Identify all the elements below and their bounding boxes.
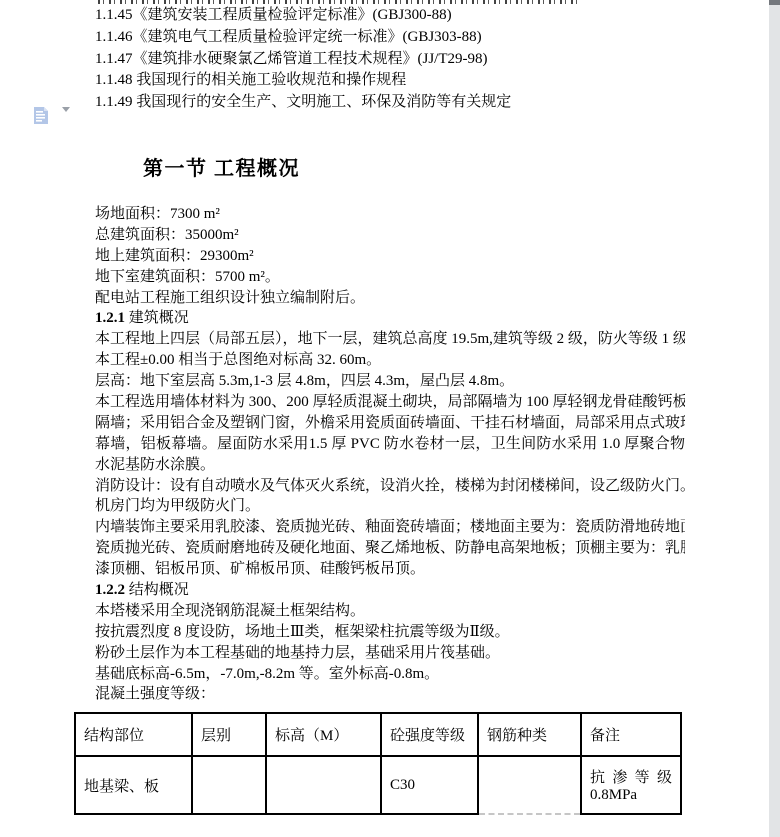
text-line: 地下室建筑面积：5700 m²。 — [95, 267, 685, 288]
subsection-heading: 1.2.2 结构概况 — [95, 580, 685, 601]
text-line: 层高：地下室层高 5.3m,1-3 层 4.8m，四层 4.3m，屋凸层 4.8… — [95, 371, 685, 392]
document-body: 场地面积：7300 m² 总建筑面积：35000m² 地上建筑面积：29300m… — [95, 204, 685, 705]
remark-line: 0.8MPa — [590, 787, 672, 804]
concrete-grade-table: 结构部位 层别 标高（M） 砼强度等级 钢筋种类 备注 地基梁、板 C30 抗 … — [74, 712, 682, 815]
table-header-cell: 层别 — [192, 713, 266, 756]
reference-item: 1.1.49 我国现行的安全生产、文明施工、环保及消防等有关规定 — [95, 92, 511, 114]
table-cell: C30 — [381, 756, 478, 814]
scrollbar-thumb[interactable] — [769, 0, 780, 5]
scrollbar-track[interactable] — [769, 0, 780, 837]
table-cell — [266, 756, 381, 814]
subsection-number: 1.2.1 — [95, 310, 125, 326]
table-header-cell: 结构部位 — [75, 713, 192, 756]
table-cell — [478, 756, 581, 814]
reference-item: 1.1.48 我国现行的相关施工验收规范和操作规程 — [95, 70, 511, 92]
text-line: 幕墙，铝板幕墙。屋面防水采用1.5 厚 PVC 防水卷材一层，卫生间防水采用 1… — [95, 434, 685, 455]
document-page-icon — [33, 106, 49, 130]
text-line: 机房门均为甲级防火门。 — [95, 496, 685, 517]
table-header-cell: 砼强度等级 — [381, 713, 478, 756]
text-line: 内墙装饰主要采用乳胶漆、瓷质抛光砖、釉面瓷砖墙面；楼地面主要为：瓷质防滑地砖地面… — [95, 517, 685, 538]
text-line: 本工程地上四层（局部五层），地下一层，建筑总高度 19.5m,建筑等级 2 级，… — [95, 329, 685, 350]
text-line: 场地面积：7300 m² — [95, 204, 685, 225]
table-header-cell: 标高（M） — [266, 713, 381, 756]
table-cell: 抗 渗 等 级 0.8MPa — [581, 756, 681, 814]
subsection-title: 结构概况 — [125, 582, 189, 598]
text-line: 本工程±0.00 相当于总图绝对标高 32. 60m。 — [95, 350, 685, 371]
text-line: 消防设计：设有自动喷水及气体灭火系统，设消火拴，楼梯为封闭楼梯间，设乙级防火门。 — [95, 476, 685, 497]
table-header-cell: 备注 — [581, 713, 681, 756]
text-line: 漆顶棚、铝板吊顶、矿棉板吊顶、硅酸钙板吊顶。 — [95, 559, 685, 580]
subsection-title: 建筑概况 — [125, 310, 189, 326]
section-heading: 第一节 工程概况 — [143, 152, 300, 181]
reference-item: 1.1.45《建筑安装工程质量检验评定标准》(GBJ300-88) — [95, 5, 511, 27]
text-line: 隔墙；采用铝合金及塑钢门窗，外檐采用瓷质面砖墙面、干挂石材墙面，局部采用点式玻璃 — [95, 413, 685, 434]
table-header-row: 结构部位 层别 标高（M） 砼强度等级 钢筋种类 备注 — [75, 713, 681, 756]
remark-line: 抗 渗 等 级 — [590, 766, 672, 787]
subsection-heading: 1.2.1 建筑概况 — [95, 308, 685, 329]
text-line: 粉砂土层作为本工程基础的地基持力层，基础采用片筏基础。 — [95, 643, 685, 664]
text-line: 总建筑面积：35000m² — [95, 225, 685, 246]
text-line: 基础底标高-6.5m，-7.0m,-8.2m 等。室外标高-0.8m。 — [95, 664, 685, 685]
text-line: 按抗震烈度 8 度设防，场地土Ⅲ类，框架梁柱抗震等级为Ⅱ级。 — [95, 622, 685, 643]
text-line: 本塔楼采用全现浇钢筋混凝土框架结构。 — [95, 601, 685, 622]
text-line: 本工程选用墙体材料为 300、200 厚轻质混凝土砌块，局部隔墙为 100 厚轻… — [95, 392, 685, 413]
text-line: 混凝土强度等级： — [95, 684, 685, 705]
table-header-cell: 钢筋种类 — [478, 713, 581, 756]
text-line: 水泥基防水涂膜。 — [95, 455, 685, 476]
text-line: 地上建筑面积：29300m² — [95, 246, 685, 267]
text-line: 瓷质抛光砖、瓷质耐磨地砖及硬化地面、聚乙烯地板、防静电高架地板；顶棚主要为：乳胶 — [95, 538, 685, 559]
chevron-down-icon[interactable] — [62, 112, 72, 130]
clipped-text-fragment — [98, 0, 580, 4]
subsection-number: 1.2.2 — [95, 582, 125, 598]
smart-tag-button[interactable] — [31, 104, 75, 128]
reference-list: 1.1.45《建筑安装工程质量检验评定标准》(GBJ300-88) 1.1.46… — [95, 5, 511, 114]
text-line: 配电站工程施工组织设计独立编制附后。 — [95, 288, 685, 309]
table-row: 地基梁、板 C30 抗 渗 等 级 0.8MPa — [75, 756, 681, 814]
reference-item: 1.1.47《建筑排水硬聚氯乙烯管道工程技术规程》(JJ/T29-98) — [95, 49, 511, 71]
document-page: 1.1.45《建筑安装工程质量检验评定标准》(GBJ300-88) 1.1.46… — [0, 0, 780, 837]
table-cell — [192, 756, 266, 814]
table-cell: 地基梁、板 — [75, 756, 192, 814]
reference-item: 1.1.46《建筑电气工程质量检验评定统一标准》(GBJ303-88) — [95, 27, 511, 49]
